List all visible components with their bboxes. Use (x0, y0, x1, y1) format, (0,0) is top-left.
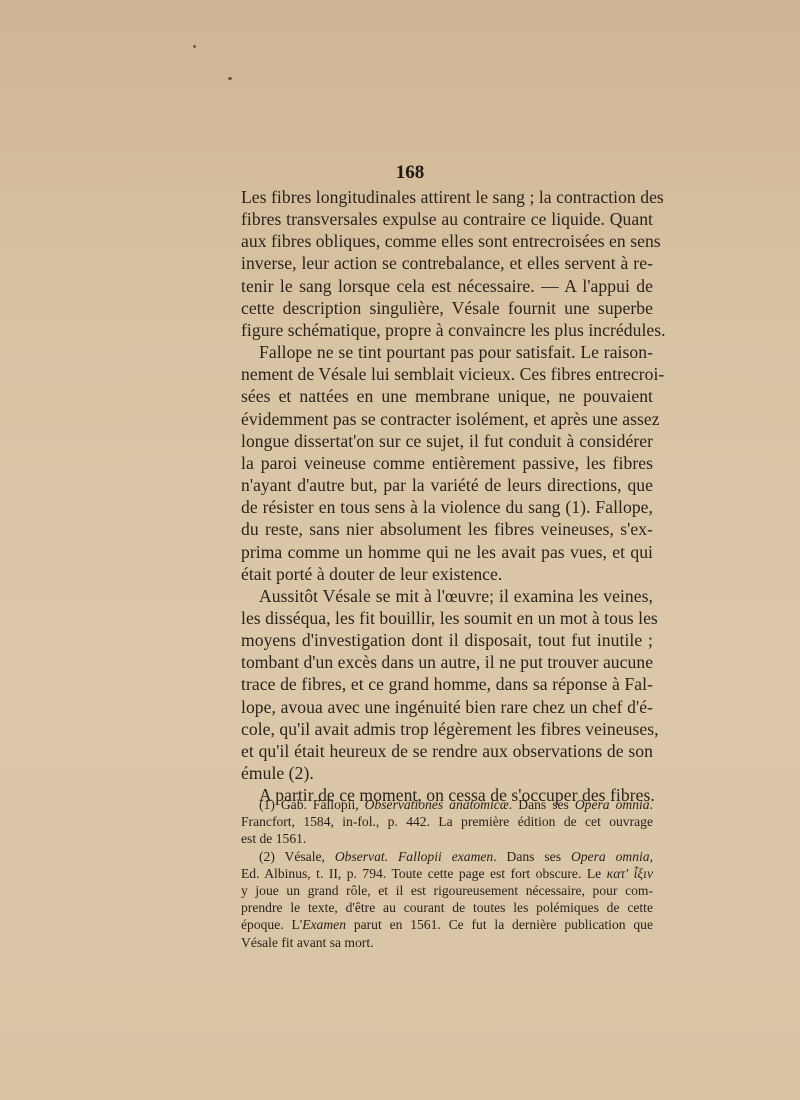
text-line: évidemment pas se contracter isolément, … (241, 408, 653, 430)
paragraph: Les fibres longitudinales attirent le sa… (241, 186, 653, 341)
text-line: sées et nattées en une membrane unique, … (241, 385, 653, 407)
footnote-line: (1) Gab. Fallopii, Observationes anatomi… (241, 796, 653, 813)
footnote: (2) Vésale, Observat. Fallopii examen. D… (241, 848, 653, 951)
text-line: lope, avoua avec une ingénuité bien rare… (241, 696, 653, 718)
footnote-line: Ed. Albinus, t. II, p. 794. Toute cette … (241, 865, 653, 882)
footnote-line: (2) Vésale, Observat. Fallopii examen. D… (241, 848, 653, 865)
text-line: Aussitôt Vésale se mit à l'œuvre; il exa… (241, 585, 653, 607)
text-line: nement de Vésale lui semblait vicieux. C… (241, 363, 653, 385)
text-line: aux fibres obliques, comme elles sont en… (241, 230, 653, 252)
text-line: Fallope ne se tint pourtant pas pour sat… (241, 341, 653, 363)
footnote-line: prendre le texte, d'être au courant de t… (241, 899, 653, 916)
text-line: trace de fibres, et ce grand homme, dans… (241, 673, 653, 695)
text-line: cette description singulière, Vésale fou… (241, 297, 653, 319)
text-line: inverse, leur action se contrebalance, e… (241, 252, 653, 274)
footnote-line: Vésale fit avant sa mort. (241, 934, 653, 951)
text-line: tenir le sang lorsque cela est nécessair… (241, 275, 653, 297)
text-line: longue dissertat'on sur ce sujet, il fut… (241, 430, 653, 452)
body-text: Les fibres longitudinales attirent le sa… (241, 186, 653, 806)
text-line: était porté à douter de leur existence. (241, 563, 653, 585)
footnote-line: est de 1561. (241, 830, 653, 847)
text-line: Les fibres longitudinales attirent le sa… (241, 186, 653, 208)
footnote-line: époque. L'Examen parut en 1561. Ce fut l… (241, 916, 653, 933)
text-line: n'ayant d'autre but, par la variété de l… (241, 474, 653, 496)
paper-spot (228, 77, 232, 80)
footnote: (1) Gab. Fallopii, Observationes anatomi… (241, 796, 653, 848)
text-line: émule (2). (241, 762, 653, 784)
text-line: fibres transversales expulse au contrair… (241, 208, 653, 230)
text-line: les disséqua, les fit bouillir, les soum… (241, 607, 653, 629)
text-line: tombant d'un excès dans un autre, il ne … (241, 651, 653, 673)
paper-spot (193, 45, 196, 48)
footnotes: (1) Gab. Fallopii, Observationes anatomi… (241, 796, 653, 951)
footnote-line: y joue un grand rôle, et il est rigoureu… (241, 882, 653, 899)
text-line: du reste, sans nier absolument les fibre… (241, 518, 653, 540)
text-line: cole, qu'il avait admis trop légèrement … (241, 718, 653, 740)
paragraph: Aussitôt Vésale se mit à l'œuvre; il exa… (241, 585, 653, 784)
page-number: 168 (0, 162, 800, 184)
text-line: figure schématique, propre à convaincre … (241, 319, 653, 341)
paragraph: Fallope ne se tint pourtant pas pour sat… (241, 341, 653, 585)
text-line: moyens d'investigation dont il disposait… (241, 629, 653, 651)
text-line: prima comme un homme qui ne les avait pa… (241, 541, 653, 563)
text-line: et qu'il était heureux de se rendre aux … (241, 740, 653, 762)
footnote-line: Francfort, 1584, in-fol., p. 442. La pre… (241, 813, 653, 830)
text-line: la paroi veineuse comme entièrement pass… (241, 452, 653, 474)
text-line: de résister en tous sens à la violence d… (241, 496, 653, 518)
